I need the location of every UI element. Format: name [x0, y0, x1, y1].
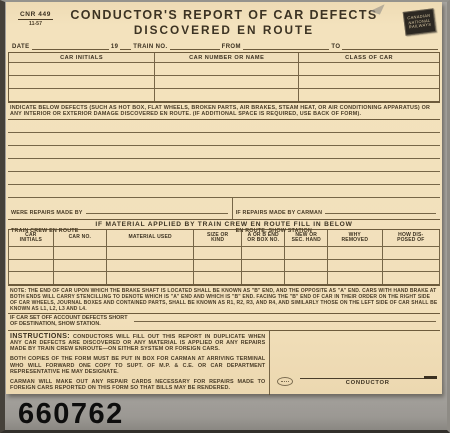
car-table-row — [9, 88, 439, 101]
to-label: TO — [331, 44, 340, 50]
writing-line — [8, 146, 440, 159]
cnr-railways-logo-icon: CANADIAN NATIONAL RAILWAYS — [403, 8, 437, 36]
conductor-signature-line — [300, 378, 435, 379]
from-fill-line — [243, 44, 329, 50]
material-table-row — [9, 271, 439, 284]
mat-how-disposed-header: HOW DIS- POSED OF — [383, 230, 439, 246]
instructions-heading: INSTRUCTIONS: — [10, 333, 70, 340]
mat-material-used-header: MATERIAL USED — [107, 230, 194, 246]
form-header: CNR 449 11-57 CONDUCTOR'S REPORT OF CAR … — [6, 2, 442, 39]
date-fill-line — [32, 44, 109, 50]
conductor-report-form: CNR 449 11-57 CONDUCTOR'S REPORT OF CAR … — [6, 2, 442, 394]
car-initials-header: CAR INITIALS — [9, 53, 155, 62]
repairs-question-row: WERE REPAIRS MADE BY TRAIN CREW EN ROUTE… — [8, 198, 440, 220]
brake-end-note: NOTE: THE END OF CAR UPON WHICH THE BRAK… — [8, 286, 440, 314]
writing-line — [8, 159, 440, 172]
form-title-line1: CONDUCTOR'S REPORT OF CAR DEFECTS — [66, 8, 382, 22]
date-label: DATE — [12, 44, 30, 50]
car-table-row — [9, 75, 439, 88]
writing-line — [8, 120, 440, 133]
mat-why-removed-header: WHY REMOVED — [328, 230, 383, 246]
set-off-fill-line — [134, 315, 437, 322]
indicate-defects-note: INDICATE BELOW DEFECTS (SUCH AS HOT BOX,… — [8, 103, 440, 120]
class-of-car-header: CLASS OF CAR — [299, 53, 439, 62]
conductor-label: CONDUCTOR — [300, 380, 435, 386]
material-table-row — [9, 259, 439, 272]
union-label-icon — [277, 377, 293, 386]
year-fill-line — [120, 44, 131, 50]
from-label: FROM — [222, 44, 241, 50]
set-off-label: IF CAR SET OFF ACCOUNT DEFECTS SHORT OF … — [10, 315, 128, 328]
train-no-label: TRAIN NO. — [133, 44, 167, 50]
car-table-row — [9, 62, 439, 75]
year-label: 19 — [111, 44, 118, 50]
form-title-line2: DISCOVERED EN ROUTE — [66, 23, 382, 37]
repairs-right-fill-line — [325, 213, 436, 214]
logo-line: RAILWAYS — [409, 23, 432, 31]
repairs-by-carman-box: IF REPAIRS MADE BY CARMAN EN ROUTE, SHOW… — [233, 198, 440, 219]
writing-line — [8, 133, 440, 146]
form-title: CONDUCTOR'S REPORT OF CAR DEFECTS DISCOV… — [66, 8, 382, 37]
car-table-header-row: CAR INITIALS CAR NUMBER OR NAME CLASS OF… — [9, 53, 439, 62]
instruction-paragraph: CARMAN WILL MAKE OUT ANY REPAIR CARDS NE… — [10, 379, 265, 391]
form-number-block: CNR 449 11-57 — [18, 11, 53, 27]
defect-writing-area — [8, 120, 440, 198]
signature-column: CONDUCTOR — [269, 331, 440, 396]
repairs-left-fill-line — [86, 213, 228, 214]
writing-line — [8, 172, 440, 185]
archive-photo: CNR 449 11-57 CONDUCTOR'S REPORT OF CAR … — [0, 0, 450, 433]
set-off-row: IF CAR SET OFF ACCOUNT DEFECTS SHORT OF … — [8, 314, 440, 331]
writing-line — [8, 185, 440, 198]
train-no-fill-line — [170, 44, 220, 50]
material-table: CAR INITIALS CAR NO. MATERIAL USED SIZE … — [8, 230, 440, 286]
instruction-paragraph: INSTRUCTIONS: CONDUCTORS WILL FILL OUT T… — [10, 334, 265, 353]
repairs-by-train-crew-label: WERE REPAIRS MADE BY TRAIN CREW EN ROUTE — [11, 210, 83, 234]
car-number-header: CAR NUMBER OR NAME — [155, 53, 299, 62]
material-table-row — [9, 246, 439, 259]
catalog-number: 660762 — [18, 398, 124, 431]
repairs-by-train-crew-box: WERE REPAIRS MADE BY TRAIN CREW EN ROUTE — [8, 198, 233, 219]
form-revision: 11-57 — [18, 21, 53, 27]
form-number: CNR 449 — [18, 11, 53, 20]
instruction-paragraph: BOTH COPIES OF THE FORM MUST BE PUT IN B… — [10, 356, 265, 375]
car-table: CAR INITIALS CAR NUMBER OR NAME CLASS OF… — [8, 52, 440, 103]
instructions-text-column: INSTRUCTIONS: CONDUCTORS WILL FILL OUT T… — [8, 331, 269, 396]
date-row: DATE 19 TRAIN NO. FROM TO — [10, 39, 438, 52]
to-fill-line — [342, 44, 438, 50]
conductor-signature-block: CONDUCTOR — [300, 378, 435, 386]
signature-area: CONDUCTOR — [277, 377, 435, 386]
repairs-by-carman-label: IF REPAIRS MADE BY CARMAN EN ROUTE, SHOW… — [236, 210, 323, 234]
instructions-section: INSTRUCTIONS: CONDUCTORS WILL FILL OUT T… — [8, 331, 440, 396]
